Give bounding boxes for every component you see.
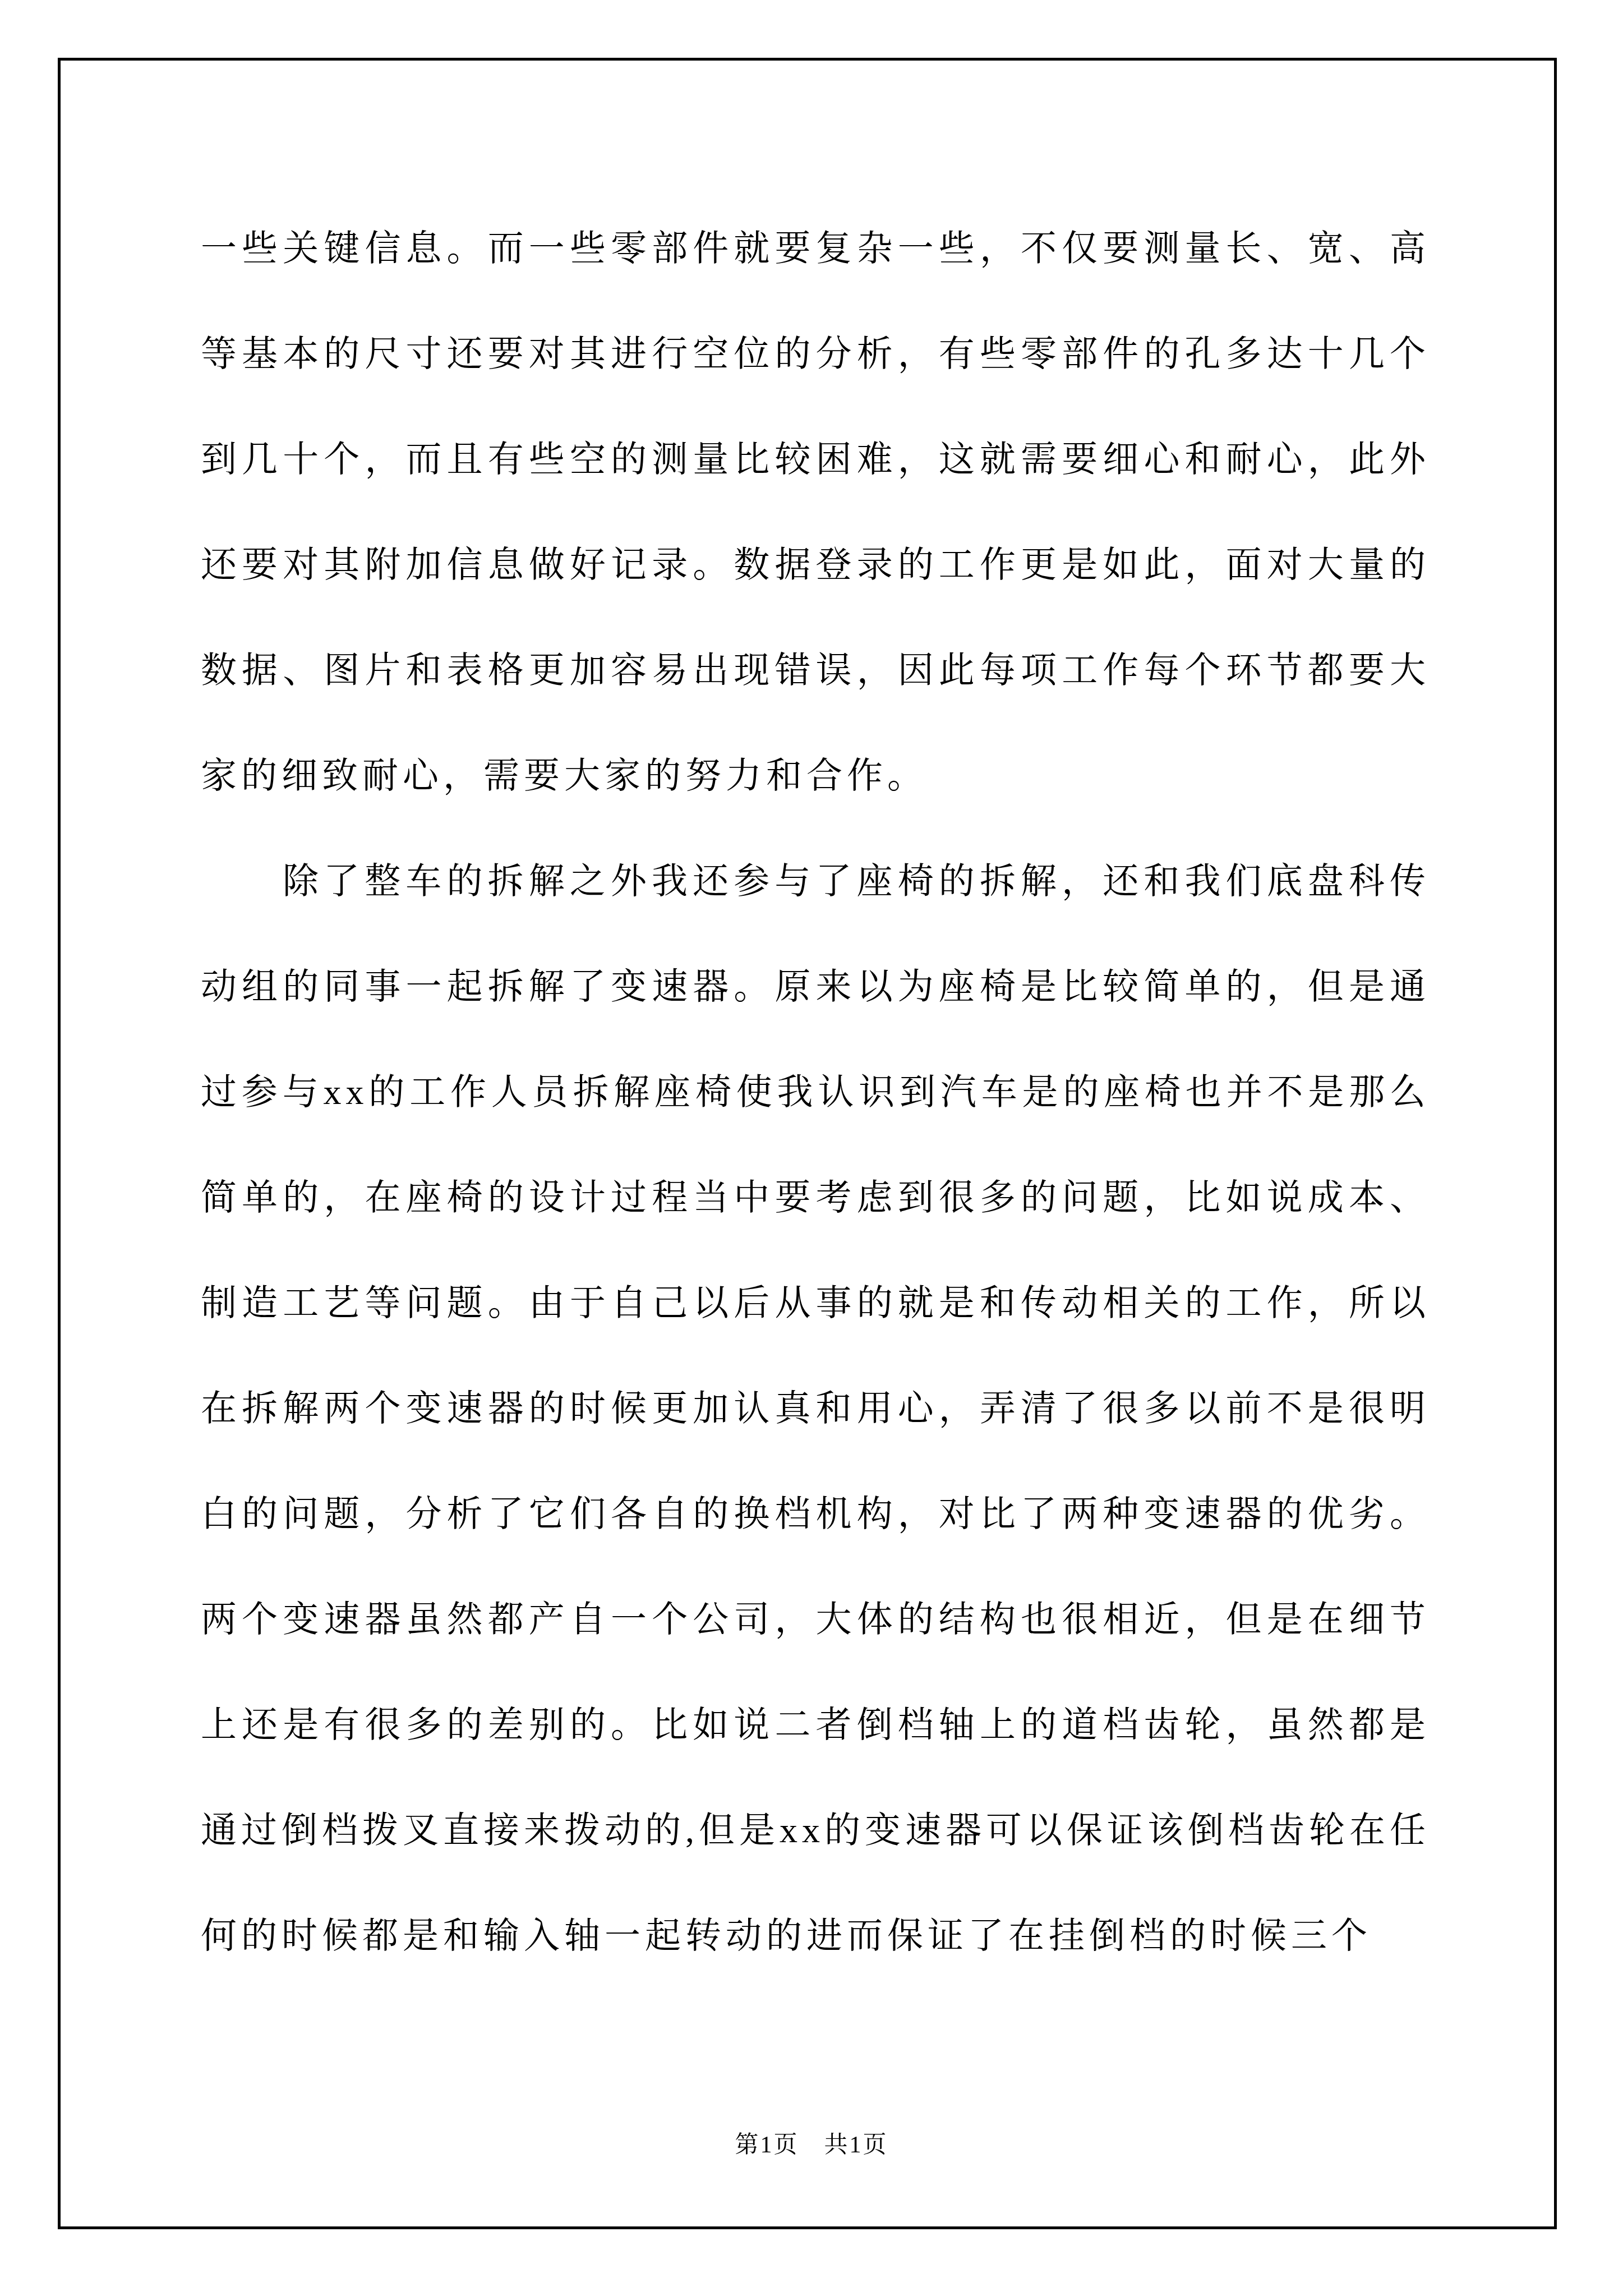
page-footer: 第1页 共1页 [0,2126,1623,2160]
paragraph-2: 除了整车的拆解之外我还参与了座椅的拆解，还和我们底盘科传动组的同事一起拆解了变速… [201,829,1430,1989]
paragraph-1: 一些关键信息。而一些零部件就要复杂一些，不仅要测量长、宽、高等基本的尺寸还要对其… [201,196,1430,829]
document-page: 一些关键信息。而一些零部件就要复杂一些，不仅要测量长、宽、高等基本的尺寸还要对其… [0,0,1623,2296]
document-body: 一些关键信息。而一些零部件就要复杂一些，不仅要测量长、宽、高等基本的尺寸还要对其… [201,196,1430,1989]
page-number-indicator: 第1页 共1页 [735,2132,888,2158]
